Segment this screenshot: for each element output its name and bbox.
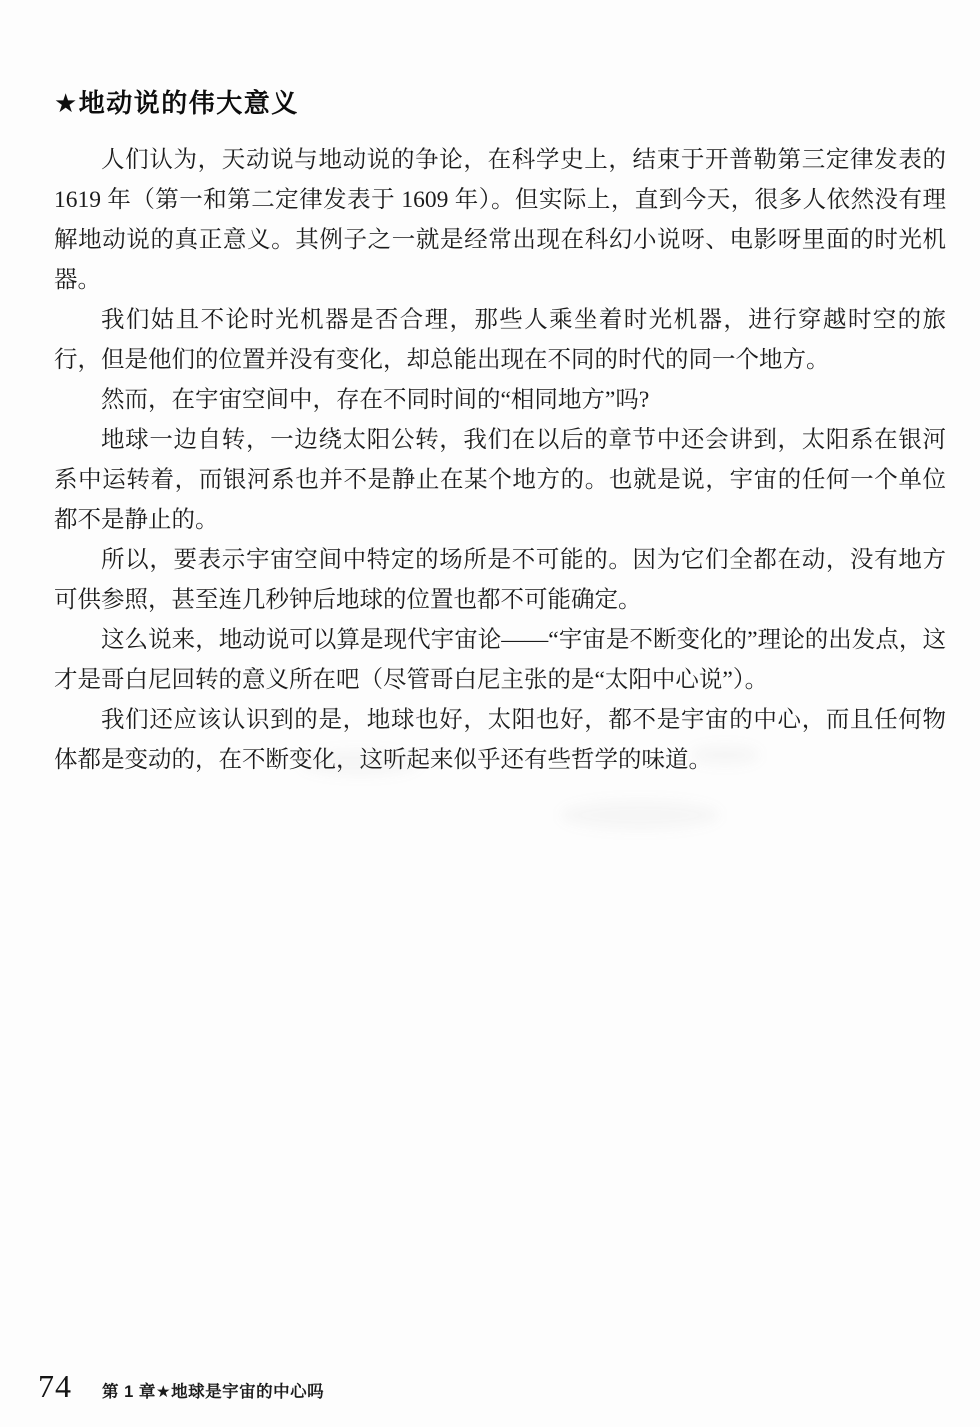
paragraph: 然而，在宇宙空间中，存在不同时间的“相同地方”吗? — [54, 380, 946, 420]
page-footer: 74 第 1 章★地球是宇宙的中心吗 — [38, 1368, 324, 1405]
paragraph: 所以，要表示宇宙空间中特定的场所是不可能的。因为它们全都在动，没有地方可供参照，… — [54, 540, 946, 620]
paragraph: 我们还应该认识到的是，地球也好，太阳也好，都不是宇宙的中心，而且任何物体都是变动… — [54, 700, 946, 780]
paragraph: 人们认为，天动说与地动说的争论，在科学史上，结束于开普勒第三定律发表的 1619… — [54, 140, 946, 300]
scan-artifact — [300, 750, 420, 776]
scan-artifact — [560, 800, 720, 830]
body-text: 人们认为，天动说与地动说的争论，在科学史上，结束于开普勒第三定律发表的 1619… — [54, 140, 946, 780]
paragraph: 我们姑且不论时光机器是否合理，那些人乘坐着时光机器，进行穿越时空的旅行，但是他们… — [54, 300, 946, 380]
paragraph: 这么说来，地动说可以算是现代宇宙论——“宇宙是不断变化的”理论的出发点，这才是哥… — [54, 620, 946, 700]
chapter-title: 第 1 章★地球是宇宙的中心吗 — [102, 1378, 324, 1402]
scan-artifact — [690, 745, 760, 765]
page-number: 74 — [38, 1368, 72, 1405]
book-page: ★地动说的伟大意义 人们认为，天动说与地动说的争论，在科学史上，结束于开普勒第三… — [0, 0, 980, 1427]
paragraph: 地球一边自转，一边绕太阳公转，我们在以后的章节中还会讲到，太阳系在银河系中运转着… — [54, 420, 946, 540]
section-heading: ★地动说的伟大意义 — [54, 83, 299, 120]
